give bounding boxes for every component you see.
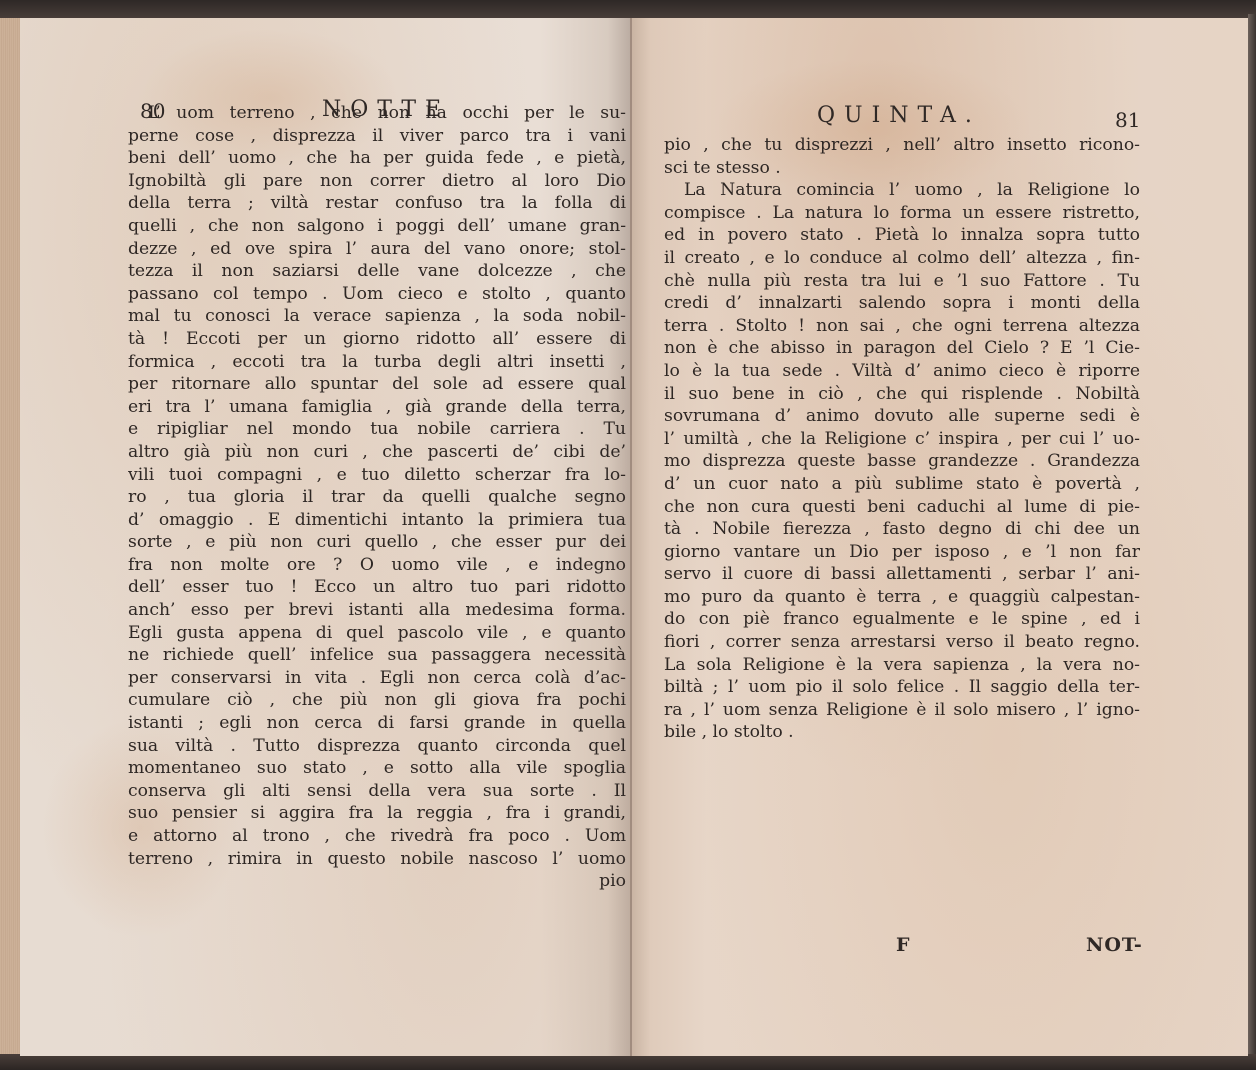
text-line: quelli , che non salgono i poggi dell’ u… [128,215,626,238]
text-line: della terra ; viltà restar confuso tra l… [128,192,626,215]
text-line: suo pensier si aggira fra la reggia , fr… [128,802,626,825]
text-line: pio , che tu disprezzi , nell’ altro ins… [664,134,1140,157]
text-line: Egli gusta appena di quel pascolo vile ,… [128,622,626,645]
text-line: sua viltà . Tutto disprezza quanto circo… [128,735,626,758]
text-line: e attorno al trono , che rivedrà fra poc… [128,825,626,848]
text-line: Ignobiltà gli pare non correr dietro al … [128,170,626,193]
text-line: anch’ esso per brevi istanti alla medesi… [128,599,626,622]
text-line: per ritornare allo spuntar del sole ad e… [128,373,626,396]
text-line: servo il cuore di bassi allettamenti , s… [664,563,1140,586]
page-block-edge [0,18,20,1058]
text-line: La sola Religione è la vera sapienza , l… [664,654,1140,677]
text-line: ne richiede quell’ infelice sua passagge… [128,644,626,667]
text-line: mo puro da quanto è terra , e quaggiù ca… [664,586,1140,609]
text-line: il creato , e lo conduce al colmo dell’ … [664,247,1140,270]
text-line: L’ uom terreno , che non ha occhi per le… [128,102,626,125]
text-line: giorno vantare un Dio per isposo , e ’l … [664,541,1140,564]
text-line: formica , eccoti tra la turba degli altr… [128,351,626,374]
text-line: d’ un cuor nato a più sublime stato è po… [664,473,1140,496]
text-line: terreno , rimira in questo nobile nascos… [128,848,626,871]
book-cover-top-edge [0,0,1256,20]
right-catchword: NOT- [1086,934,1143,956]
text-line: l’ umiltà , che la Religione c’ inspira … [664,428,1140,451]
text-line: vili tuoi compagni , e tuo diletto scher… [128,464,626,487]
text-line: biltà ; l’ uom pio il solo felice . Il s… [664,676,1140,699]
text-line: fiori , correr senza arrestarsi verso il… [664,631,1140,654]
text-line: sorte , e più non curi quello , che esse… [128,531,626,554]
text-line: lo è la tua sede . Viltà d’ animo cieco … [664,360,1140,383]
text-line: istanti ; egli non cerca di farsi grande… [128,712,626,735]
text-line: d’ omaggio . E dimentichi intanto la pri… [128,509,626,532]
text-line: compisce . La natura lo forma un essere … [664,202,1140,225]
text-line: passano col tempo . Uom cieco e stolto ,… [128,283,626,306]
text-line: momentaneo suo stato , e sotto alla vile… [128,757,626,780]
text-line: altro già più non curi , che pascerti de… [128,441,626,464]
right-page-body: pio , che tu disprezzi , nell’ altro ins… [664,134,1140,744]
book-cover-bottom-edge [0,1054,1256,1070]
text-line: chè nulla più resta tra lui e ’l suo Fat… [664,270,1140,293]
text-line: ra , l’ uom senza Religione è il solo mi… [664,699,1140,722]
text-line: per conservarsi in vita . Egli non cerca… [128,667,626,690]
text-line: mo disprezza queste basse grandezze . Gr… [664,450,1140,473]
text-line: eri tra l’ umana famiglia , già grande d… [128,396,626,419]
text-line: ro , tua gloria il trar da quelli qualch… [128,486,626,509]
text-line: dezze , ed ove spira l’ aura del vano on… [128,238,626,261]
text-line: non è che abisso in paragon del Cielo ? … [664,337,1140,360]
text-line: tà . Nobile fierezza , fasto degno di ch… [664,518,1140,541]
text-line: il suo bene in ciò , che qui risplende .… [664,383,1140,406]
right-page-number: 81 [1115,108,1140,132]
text-line: sci te stesso . [664,157,1140,180]
text-line: dell’ esser tuo ! Ecco un altro tuo pari… [128,576,626,599]
catchword: pio [128,870,626,893]
text-line: do con piè franco egualmente e le spine … [664,608,1140,631]
text-line: e ripigliar nel mondo tua nobile carrier… [128,418,626,441]
text-line: tà ! Eccoti per un giorno ridotto all’ e… [128,328,626,351]
text-line: terra . Stolto ! non sai , che ogni terr… [664,315,1140,338]
text-line: La Natura comincia l’ uomo , la Religion… [664,179,1140,202]
text-line: che non cura questi beni caduchi al lume… [664,496,1140,519]
text-line: credi d’ innalzarti salendo sopra i mont… [664,292,1140,315]
book-cover-right-edge [1248,14,1256,1056]
text-line: sovrumana d’ animo dovuto alle superne s… [664,405,1140,428]
right-running-head: QUINTA. [817,103,981,128]
left-page-body: L’ uom terreno , che non ha occhi per le… [128,102,626,893]
text-line: perne cose , disprezza il viver parco tr… [128,125,626,148]
text-line: bile , lo stolto . [664,721,1140,744]
signature-mark: F [896,934,911,956]
text-line: ed in povero stato . Pietà lo innalza so… [664,224,1140,247]
text-line: tezza il non saziarsi delle vane dolcezz… [128,260,626,283]
text-line: beni dell’ uomo , che ha per guida fede … [128,147,626,170]
text-line: cumulare ciò , che più non gli giova fra… [128,689,626,712]
text-line: conserva gli alti sensi della vera sua s… [128,780,626,803]
text-line: fra non molte ore ? O uomo vile , e inde… [128,554,626,577]
text-line: mal tu conosci la verace sapienza , la s… [128,305,626,328]
